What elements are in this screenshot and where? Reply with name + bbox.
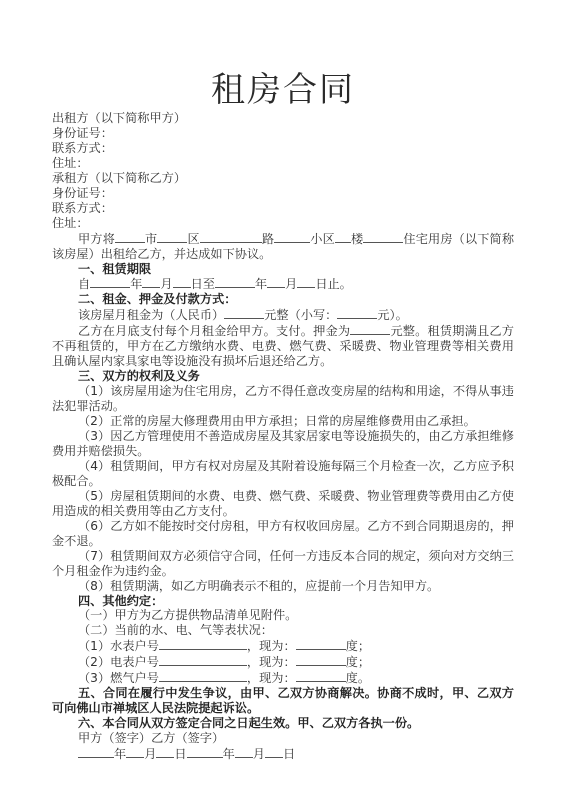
intro-text: 甲方将 [78, 232, 115, 246]
lessor-contact-label: 联系方式： [52, 141, 514, 156]
section-3-heading: 三、双方的权利及义务 [52, 369, 514, 384]
meter-now-label: ，现为： [247, 671, 296, 685]
obligation-item: （6）乙方如不能按时交付房租，甲方有权收回房屋。乙方不到合同期退房的，押金不退。 [52, 519, 514, 549]
unit-blank[interactable] [363, 231, 403, 243]
day-to-label: 日至 [191, 277, 215, 291]
meter-now-label: ，现为： [247, 639, 296, 653]
year-label: 年 [255, 277, 267, 291]
signature-label: 甲方（签字）乙方（签字） [52, 731, 514, 746]
obligation-item: （8）租赁期满，如乙方明确表示不租的，应提前一个月告知甲方。 [52, 579, 514, 594]
deposit-blank[interactable] [350, 323, 390, 335]
lessee-day-blank[interactable] [265, 746, 283, 758]
lessor-heading: 出租方（以下简称甲方） [52, 111, 514, 126]
start-month-blank[interactable] [142, 276, 160, 288]
lessor-address-label: 住址： [52, 156, 514, 171]
end-year-blank[interactable] [215, 276, 255, 288]
end-month-blank[interactable] [267, 276, 285, 288]
meter-label: （3）燃气户号 [78, 671, 159, 685]
obligation-item: （1）该房屋用途为住宅用房，乙方不得任意改变房屋的结构和用途，不得从事违法犯罪活… [52, 384, 514, 414]
meter-unit: 度。 [346, 671, 370, 685]
road-label: 路 [262, 232, 274, 246]
lessor-year-blank[interactable] [78, 746, 114, 758]
section-5-dispute: 五、合同在履行中发生争议，由甲、乙双方协商解决。协商不成时，甲、乙双方可向佛山市… [52, 686, 514, 716]
rent-line: 该房屋月租金为（人民币）元整（小写：元）。 [52, 307, 514, 323]
meter-label: （2）电表户号 [78, 655, 159, 669]
deposit-text: 乙方在月底支付每个月租金给甲方。支付。押金为 [78, 324, 350, 338]
lessee-contact-label: 联系方式： [52, 201, 514, 216]
community-blank[interactable] [274, 231, 310, 243]
rent-tail: 元）。 [377, 308, 407, 322]
meter-now-label: ，现为： [247, 655, 296, 669]
lessee-heading: 承租方（以下简称乙方） [52, 171, 514, 186]
deposit-paragraph: 乙方在月底支付每个月租金给甲方。支付。押金为元整。租赁期满且乙方不再租赁的，甲方… [52, 323, 514, 369]
day-label: 日 [283, 747, 295, 761]
month-label: 月 [160, 277, 172, 291]
meter-electric: （2）电表户号，现为：度； [52, 654, 514, 670]
start-year-blank[interactable] [90, 276, 130, 288]
start-day-blank[interactable] [173, 276, 191, 288]
rent-amount-blank[interactable] [224, 307, 264, 319]
lease-period-line: 自年月日至年月日止。 [52, 276, 514, 292]
section-2-heading: 二、租金、押金及付款方式： [52, 292, 514, 307]
rent-small-label: 元整（小写： [264, 308, 337, 322]
year-label: 年 [114, 747, 126, 761]
day-end-label: 日止。 [315, 277, 352, 291]
from-label: 自 [78, 277, 90, 291]
meter-water: （1）水表户号，现为：度； [52, 638, 514, 654]
electric-meter-number-blank[interactable] [159, 654, 247, 666]
lessee-id-label: 身份证号： [52, 186, 514, 201]
city-blank[interactable] [115, 231, 145, 243]
water-reading-blank[interactable] [296, 638, 346, 650]
district-blank[interactable] [157, 231, 187, 243]
gas-reading-blank[interactable] [296, 670, 346, 682]
lessee-month-blank[interactable] [235, 746, 253, 758]
building-label: 楼 [351, 232, 363, 246]
lessor-day-blank[interactable] [156, 746, 174, 758]
month-label: 月 [253, 747, 265, 761]
lessee-year-blank[interactable] [187, 746, 223, 758]
obligation-item: （3）因乙方管理使用不善造成房屋及其家居家电等设施损失的，由乙方承担维修费用并赔… [52, 429, 514, 459]
electric-reading-blank[interactable] [296, 654, 346, 666]
obligation-item: （7）租赁期间双方必须信守合同，任何一方违反本合同的规定，须向对方交纳三个月租金… [52, 549, 514, 579]
obligation-item: （2）正常的房屋大修理费用由甲方承担；日常的房屋维修费用由乙承担。 [52, 414, 514, 429]
meter-gas: （3）燃气户号，现为：度。 [52, 670, 514, 686]
other-item-2: （二）当前的水、电、气等表状况： [52, 623, 514, 638]
document-title: 租房合同 [0, 70, 566, 110]
year-label: 年 [130, 277, 142, 291]
rent-numeric-blank[interactable] [337, 307, 377, 319]
building-blank[interactable] [335, 231, 351, 243]
section-6-effect: 六、本合同从双方签定合同之日起生效。甲、乙双方各执一份。 [52, 716, 514, 731]
district-label: 区 [187, 232, 199, 246]
community-label: 小区 [310, 232, 335, 246]
lessee-address-label: 住址： [52, 216, 514, 231]
water-meter-number-blank[interactable] [159, 638, 247, 650]
lessor-id-label: 身份证号： [52, 126, 514, 141]
month-label: 月 [285, 277, 297, 291]
signature-dates: 年月日年月日 [52, 746, 514, 762]
section-1-heading: 一、租赁期限 [52, 262, 514, 277]
day-label: 日 [174, 747, 186, 761]
obligation-item: （4）租赁期间，甲方有权对房屋及其附着设施每隔三个月检查一次，乙方应予积极配合。 [52, 459, 514, 489]
road-blank[interactable] [200, 231, 262, 243]
lessor-month-blank[interactable] [126, 746, 144, 758]
meter-unit: 度； [346, 655, 370, 669]
obligation-item: （5）房屋租赁期间的水费、电费、燃气费、采暖费、物业管理费等费用由乙方使用造成的… [52, 489, 514, 519]
gas-meter-number-blank[interactable] [159, 670, 247, 682]
intro-paragraph: 甲方将市区路小区楼住宅用房（以下简称该房屋）出租给乙方，并达成如下协议。 [52, 231, 514, 262]
rent-label: 该房屋月租金为（人民币） [78, 308, 224, 322]
year-label: 年 [223, 747, 235, 761]
meter-unit: 度； [346, 639, 370, 653]
contract-body: 出租方（以下简称甲方） 身份证号： 联系方式： 住址： 承租方（以下简称乙方） … [52, 111, 514, 762]
other-item-1: （一）甲方为乙方提供物品清单见附件。 [52, 608, 514, 623]
city-label: 市 [145, 232, 157, 246]
month-label: 月 [144, 747, 156, 761]
end-day-blank[interactable] [297, 276, 315, 288]
meter-label: （1）水表户号 [78, 639, 159, 653]
section-4-heading: 四、其他约定： [52, 594, 514, 609]
